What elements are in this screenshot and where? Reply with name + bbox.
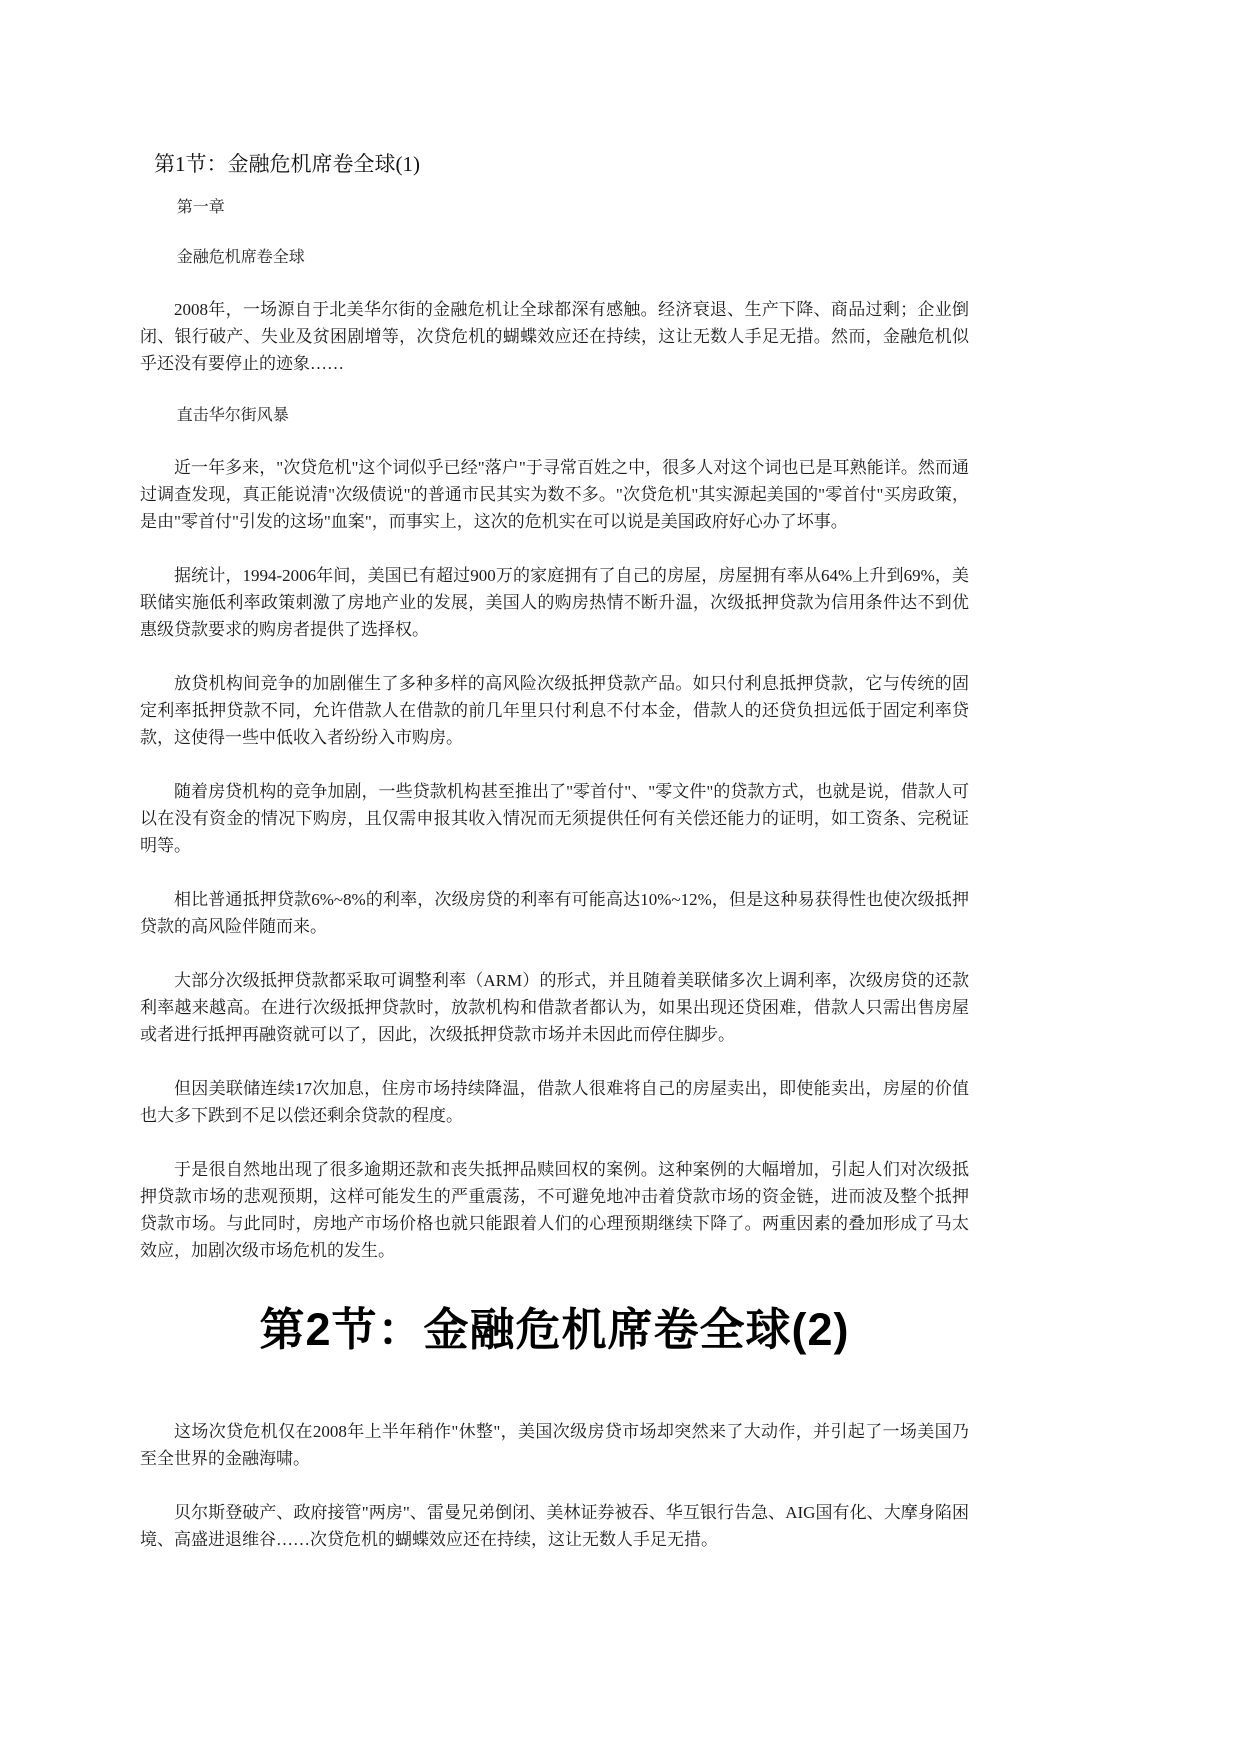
paragraph: 但因美联储连续17次加息，住房市场持续降温，借款人很难将自己的房屋卖出，即使能卖… — [140, 1075, 969, 1129]
paragraph: 于是很自然地出现了很多逾期还款和丧失抵押品赎回权的案例。这种案例的大幅增加，引起… — [140, 1156, 969, 1264]
chapter-label: 第一章 — [140, 196, 969, 220]
paragraph: 放贷机构间竞争的加剧催生了多种多样的高风险次级抵押贷款产品。如只付利息抵押贷款，… — [140, 670, 969, 751]
paragraph: 随着房贷机构的竞争加剧，一些贷款机构甚至推出了"零首付"、"零文件"的贷款方式，… — [140, 778, 969, 859]
section1-title: 第1节：金融危机席卷全球(1) — [154, 150, 969, 178]
paragraph: 相比普通抵押贷款6%~8%的利率，次级房贷的利率有可能高达10%~12%，但是这… — [140, 886, 969, 940]
paragraph: 近一年多来，"次贷危机"这个词似乎已经"落户"于寻常百姓之中，很多人对这个词也已… — [140, 454, 969, 535]
section2-title: 第2节：金融危机席卷全球(2) — [140, 1304, 969, 1356]
paragraph: 大部分次级抵押贷款都采取可调整利率（ARM）的形式，并且随着美联储多次上调利率，… — [140, 967, 969, 1048]
paragraph: 贝尔斯登破产、政府接管"两房"、雷曼兄弟倒闭、美林证券被吞、华互银行告急、AIG… — [140, 1499, 969, 1553]
paragraph: 据统计，1994-2006年间，美国已有超过900万的家庭拥有了自己的房屋，房屋… — [140, 562, 969, 643]
document-page: 第1节：金融危机席卷全球(1) 第一章 金融危机席卷全球 2008年，一场源自于… — [0, 0, 1241, 1754]
chapter-title: 金融危机席卷全球 — [140, 246, 969, 270]
paragraph-intro: 2008年，一场源自于北美华尔街的金融危机让全球都深有感触。经济衰退、生产下降、… — [140, 296, 969, 377]
subheading-wall-street: 直击华尔街风暴 — [140, 404, 969, 428]
paragraph: 这场次贷危机仅在2008年上半年稍作"休整"，美国次级房贷市场却突然来了大动作，… — [140, 1418, 969, 1472]
